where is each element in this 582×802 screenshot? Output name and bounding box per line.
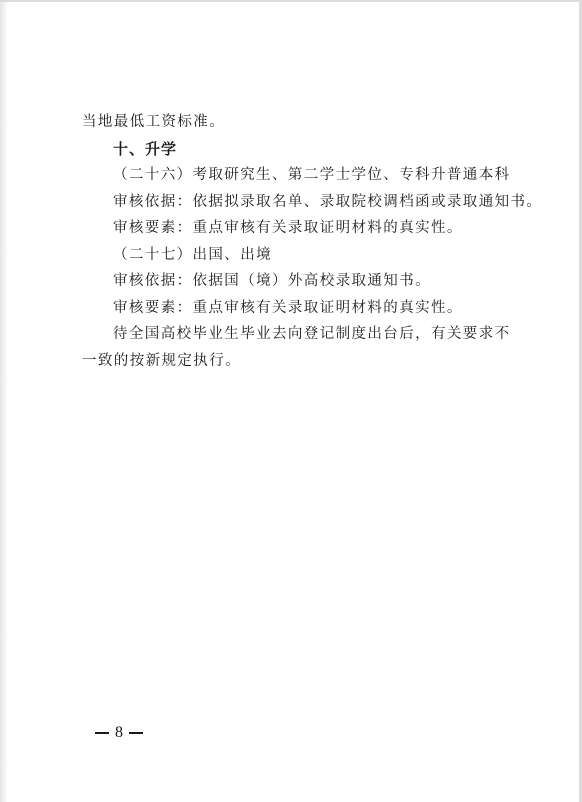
- closing-paragraph-line-1: 待全国高校毕业生毕业去向登记制度出台后，有关要求不: [82, 321, 500, 348]
- page-number: 8: [95, 724, 143, 742]
- subsection-heading-27: （二十七）出国、出境: [82, 242, 500, 269]
- review-elements-27: 审核要素：重点审核有关录取证明材料的真实性。: [82, 295, 500, 322]
- review-elements-26: 审核要素：重点审核有关录取证明材料的真实性。: [82, 215, 500, 242]
- review-basis-27: 审核依据：依据国（境）外高校录取通知书。: [82, 268, 500, 295]
- review-basis-26: 审核依据：依据拟录取名单、录取院校调档函或录取通知书。: [82, 189, 500, 216]
- section-heading-shengxue: 十、升学: [82, 136, 500, 163]
- document-page: 当地最低工资标准。 十、升学 （二十六）考取研究生、第二学士学位、专科升普通本科…: [0, 2, 579, 802]
- page-edge-shadow: [0, 2, 8, 802]
- subsection-heading-26: （二十六）考取研究生、第二学士学位、专科升普通本科: [82, 162, 500, 189]
- closing-paragraph-line-2: 一致的按新规定执行。: [82, 348, 500, 375]
- page-number-value: 8: [115, 724, 123, 742]
- paragraph-line-continuation: 当地最低工资标准。: [82, 109, 500, 136]
- dash-left: [95, 732, 109, 734]
- dash-right: [129, 732, 143, 734]
- document-body: 当地最低工资标准。 十、升学 （二十六）考取研究生、第二学士学位、专科升普通本科…: [82, 109, 500, 374]
